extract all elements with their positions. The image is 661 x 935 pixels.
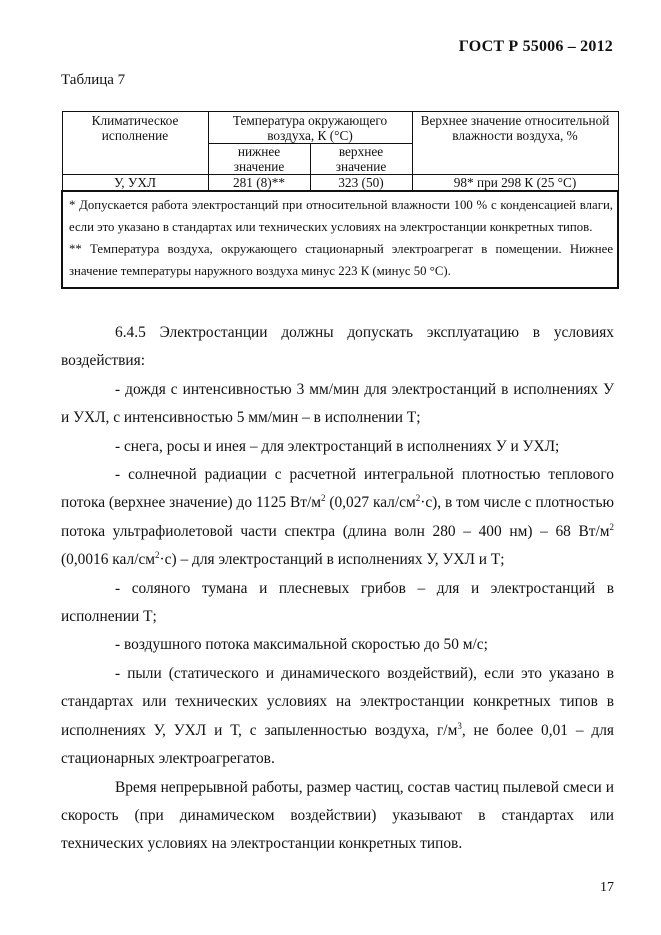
- table-note-2: ** Температура воздуха, окружающего стац…: [69, 238, 613, 282]
- paragraph-6-4-5: 6.4.5 Электростанции должны допускать эк…: [61, 319, 614, 376]
- solar-text-b: (0,027 кал/см: [325, 494, 415, 511]
- header-temp-lower: нижнее значение: [208, 144, 310, 175]
- header-temperature: Температура окружающего воздуха, К (°C): [208, 112, 412, 144]
- header-climate: Климатическое исполнение: [62, 112, 208, 175]
- table-caption: Таблица 7: [61, 72, 125, 89]
- document-header: ГОСТ Р 55006 – 2012: [459, 38, 613, 56]
- solar-text-d: (0,0016 кал/см: [61, 551, 155, 568]
- cell-temp-lower: 281 (8)**: [208, 175, 310, 192]
- list-item-snow: - снега, росы и инея – для электростанци…: [61, 433, 614, 461]
- header-humidity: Верхнее значение относительной влажности…: [412, 112, 618, 175]
- solar-text-e: ·с) – для электростанций в исполнениях У…: [160, 551, 505, 568]
- list-item-solar: - солнечной радиации с расчетной интегра…: [61, 461, 614, 575]
- climate-table: Климатическое исполнение Температура окр…: [61, 111, 619, 289]
- list-item-dust: - пыли (статического и динамического воз…: [61, 660, 614, 774]
- list-item-salt-fog: - соляного тумана и плесневых грибов – д…: [61, 575, 614, 632]
- list-item-airflow: - воздушного потока максимальной скорост…: [61, 631, 614, 659]
- cell-temp-upper: 323 (50): [310, 175, 412, 192]
- cell-climate: У, УХЛ: [62, 175, 208, 192]
- body-text: 6.4.5 Электростанции должны допускать эк…: [61, 319, 614, 859]
- table-note-1: * Допускается работа электростанций при …: [69, 194, 613, 238]
- paragraph-duration: Время непрерывной работы, размер частиц,…: [61, 774, 614, 859]
- list-item-rain: - дождя с интенсивностью 3 мм/мин для эл…: [61, 376, 614, 433]
- superscript: 2: [610, 522, 615, 532]
- header-temp-upper: верхнее значение: [310, 144, 412, 175]
- page-number: 17: [600, 880, 614, 896]
- table-row: У, УХЛ 281 (8)** 323 (50) 98* при 298 К …: [62, 175, 618, 192]
- table-notes: * Допускается работа электростанций при …: [62, 191, 618, 288]
- cell-humidity: 98* при 298 К (25 °C): [412, 175, 618, 192]
